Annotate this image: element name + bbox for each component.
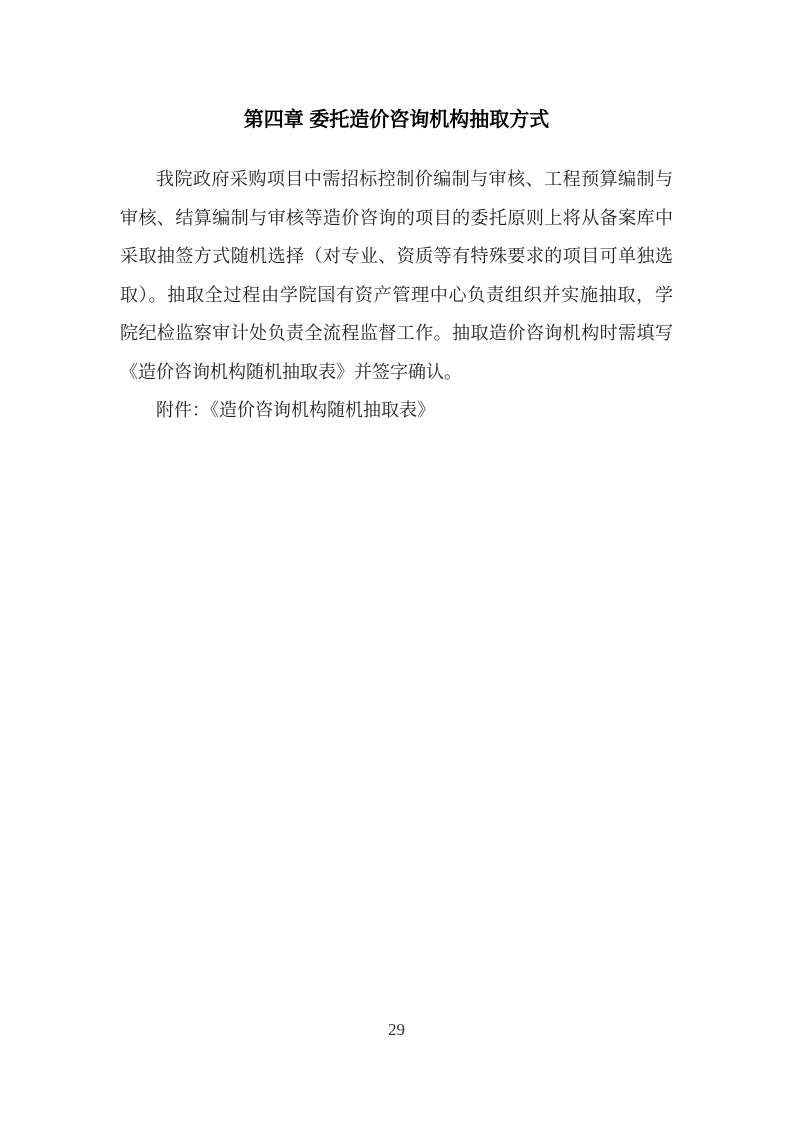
paragraph-line-2: 审核、结算编制与审核等造价咨询的项目的委托原则上将从备案库中: [120, 199, 673, 238]
attachment-line: 附件：《造价咨询机构随机抽取表》: [120, 391, 673, 430]
paragraph-line-5: 院纪检监察审计处负责全流程监督工作。抽取造价咨询机构时需填写: [120, 314, 673, 353]
page-number: 29: [0, 1020, 793, 1040]
paragraph-line-1: 我院政府采购项目中需招标控制价编制与审核、工程预算编制与: [120, 160, 673, 199]
paragraph-line-3: 采取抽签方式随机选择（对专业、资质等有特殊要求的项目可单独选: [120, 237, 673, 276]
chapter-title: 第四章 委托造价咨询机构抽取方式: [0, 105, 793, 135]
paragraph-line-4: 取）。抽取全过程由学院国有资产管理中心负责组织并实施抽取，学: [120, 276, 673, 315]
document-page: 第四章 委托造价咨询机构抽取方式 我院政府采购项目中需招标控制价编制与审核、工程…: [0, 0, 793, 1122]
body-text-block: 我院政府采购项目中需招标控制价编制与审核、工程预算编制与 审核、结算编制与审核等…: [120, 160, 673, 430]
paragraph-line-6: 《造价咨询机构随机抽取表》并签字确认。: [120, 353, 673, 392]
